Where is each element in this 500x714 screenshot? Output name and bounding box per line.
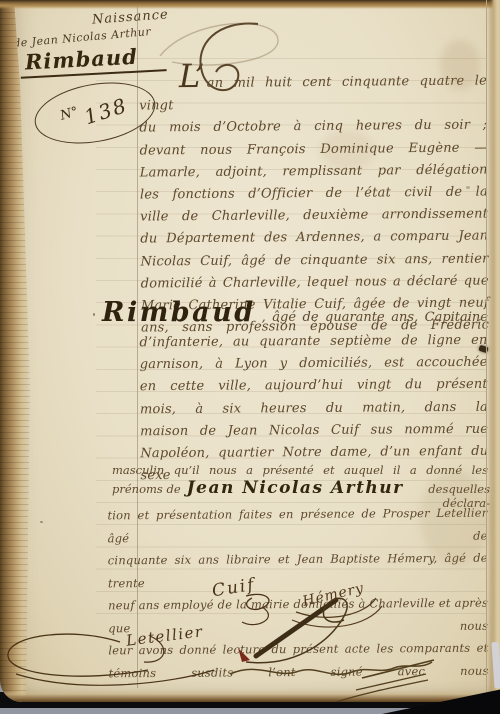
scanned-register-photo: Naissance de Jean Nicolas Arthur Rimbaud… (0, 0, 500, 714)
prenoms-prefix: prénoms de (112, 482, 181, 496)
child-names-jean-nicolas-arthur: Jean Nicolas Arthur (187, 478, 404, 498)
act-line-rimbaud: Rimbaud , âgé de quarante ans, Capitaine (102, 297, 488, 328)
act-line: devant nous François Dominique Eugène — (139, 137, 487, 162)
register-page: Naissance de Jean Nicolas Arthur Rimbaud… (0, 0, 500, 702)
act-number: 138 (82, 93, 131, 129)
father-name-rimbaud: Rimbaud (102, 297, 256, 328)
act-line: domicilié à Charleville, lequel nous a d… (141, 270, 489, 295)
margin-title-naissance: Naissance (92, 7, 170, 27)
act-line: L’an mil huit cent cinquante quatre le v… (139, 62, 487, 117)
act-line: Nicolas Cuif, âgé de cinquante six ans, … (140, 248, 488, 273)
ink-speck (40, 521, 43, 523)
act-line: en cette ville, aujourd’hui vingt du pré… (140, 374, 488, 399)
act-line-rimbaud-rest: , âgé de quarante ans, Capitaine (262, 310, 488, 325)
act-line: cinquante six ans libraire et Jean Bapti… (108, 547, 488, 595)
act-line: maison de Jean Nicolas Cuif sus nommé ru… (140, 419, 488, 444)
paper-stain (420, 470, 490, 565)
act-line-masculin: masculin qu’il nous a présenté et auquel… (112, 463, 488, 477)
act-line: Lamarle, adjoint, remplissant par déléga… (140, 159, 488, 184)
act-line: d’infanterie, au quarante septième de li… (139, 330, 487, 355)
page-right-edge (486, 0, 500, 702)
act-line: garnison, à Lyon y domiciliés, est accou… (140, 352, 488, 377)
book-binding-left-edge (0, 0, 30, 702)
act-line: témoins susdits l’ont signé avec nous (108, 659, 488, 684)
ink-speck (93, 313, 95, 316)
ink-speck (466, 186, 470, 189)
act-line: du mois d’Octobre à cinq heures du soir … (139, 115, 487, 140)
book-top-edge (0, 0, 500, 9)
paper-stain (440, 40, 480, 90)
act-line: du Département des Ardennes, a comparu J… (140, 226, 488, 251)
page-bottom-edge (0, 690, 500, 702)
act-number-prefix: N° (59, 104, 80, 123)
act-line: mois, à six heures du matin, dans la (140, 396, 488, 421)
paper-stain (320, 130, 375, 170)
act-line: les fonctions d’Officier de l’état civil… (140, 181, 488, 206)
act-line: ville de Charleville, deuxième arrondiss… (140, 204, 488, 229)
